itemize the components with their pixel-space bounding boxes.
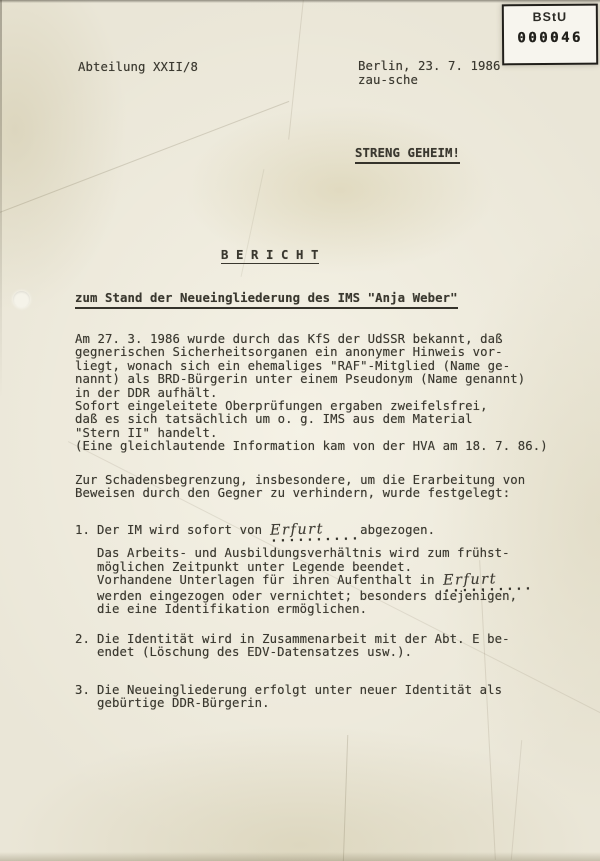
list-item-1: 1. Der IM wird sofort vonErfurt.........… — [75, 524, 567, 616]
item1-prefix-text: Der IM wird sofort von — [97, 523, 262, 537]
paragraph-intro: Am 27. 3. 1986 wurde durch das KfS der U… — [75, 333, 548, 454]
report-subject: zum Stand der Neueingliederung des IMS "… — [75, 292, 458, 309]
document-page: { "stamp": { "agency": "BStU", "number":… — [0, 0, 600, 861]
report-subject-text: zum Stand der Neueingliederung des IMS "… — [75, 292, 458, 309]
crease-line — [511, 740, 522, 860]
item1-suffix-text: abgezogen. — [360, 523, 435, 537]
item1-employment-lines: Das Arbeits- und Ausbildungsverhältnis w… — [97, 547, 567, 574]
classification-text: STRENG GEHEIM! — [355, 147, 460, 164]
scan-edge-top — [0, 0, 600, 3]
stamp-page-number: 000046 — [504, 30, 596, 47]
paragraph-decision: Zur Schadensbegrenzung, insbesondere, um… — [75, 474, 525, 501]
scan-edge-left — [0, 0, 2, 400]
item1-records-text: Vorhandene Unterlagen für ihren Aufentha… — [97, 573, 435, 587]
list-item-3: 3. Die Neueingliederung erfolgt unter ne… — [75, 684, 567, 711]
report-title-text: B E R I C H T — [221, 249, 319, 264]
department-line: Abteilung XXII/8 — [78, 61, 198, 74]
list-item-3-number: 3. — [75, 684, 90, 697]
list-item-2: 2. Die Identität wird in Zusammenarbeit … — [75, 633, 567, 660]
list-item-3-text: Die Neueingliederung erfolgt unter neuer… — [97, 684, 567, 711]
report-title: B E R I C H T — [221, 249, 319, 264]
crease-line — [288, 0, 305, 140]
dotted-line-1: .......... — [270, 529, 360, 545]
scan-edge-bottom — [0, 852, 600, 861]
item1-line-withdrawal: Der IM wird sofort vonErfurt..........ab… — [97, 524, 567, 537]
list-item-2-number: 2. — [75, 633, 90, 646]
list-item-1-number: 1. — [75, 524, 90, 537]
clerk-reference-line: zau-sche — [358, 74, 418, 87]
punch-hole — [13, 291, 30, 308]
classification-marking: STRENG GEHEIM! — [355, 147, 460, 164]
list-item-1-content: Der IM wird sofort vonErfurt..........ab… — [97, 524, 567, 616]
handwritten-location-2: Erfurt.......... — [442, 574, 496, 589]
place-date-line: Berlin, 23. 7. 1986 — [358, 60, 501, 73]
bstu-stamp: BStU 000046 — [502, 4, 598, 66]
list-item-2-text: Die Identität wird in Zusammenarbeit mit… — [97, 633, 567, 660]
item1-line-records: Vorhandene Unterlagen für ihren Aufentha… — [97, 574, 567, 587]
stamp-agency-label: BStU — [504, 10, 596, 25]
crease-line — [0, 101, 289, 220]
dotted-line-2: .......... — [443, 580, 533, 596]
handwritten-location-1: Erfurt.......... — [270, 523, 324, 538]
crease-line — [343, 735, 349, 861]
